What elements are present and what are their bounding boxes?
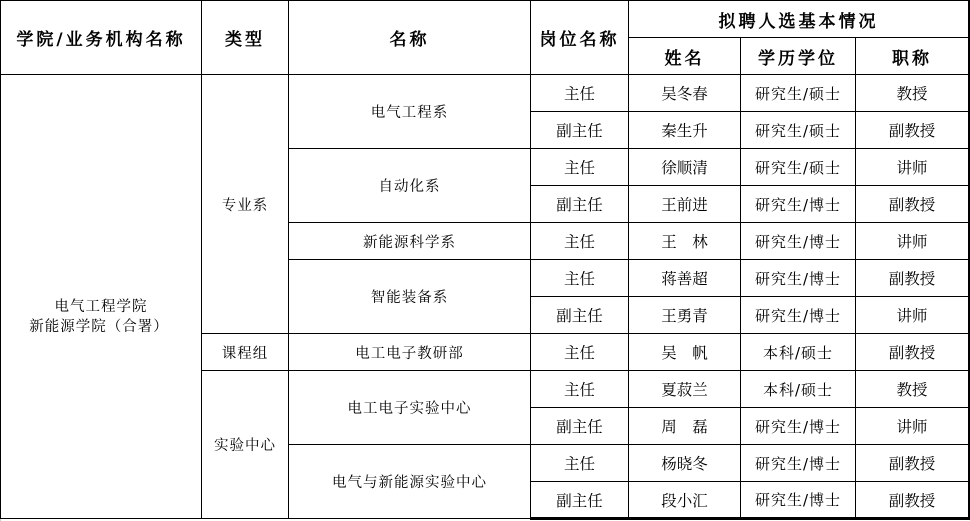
- title-cell: 副教授: [856, 334, 970, 371]
- title-cell: 副教授: [856, 112, 970, 149]
- type-cell-course: 课程组: [202, 334, 289, 371]
- title-cell: 副教授: [856, 186, 970, 223]
- college-name-line2: 新能源学院（合署）: [1, 317, 202, 337]
- education-cell: 研究生/硕士: [741, 75, 856, 112]
- header-education: 学历学位: [741, 38, 856, 75]
- unit-cell-ee: 电气工程系: [289, 75, 531, 149]
- unit-cell-automation: 自动化系: [289, 149, 531, 223]
- unit-cell-electrical-teaching: 电工电子教研部: [289, 334, 531, 371]
- candidate-name-cell: 杨晓冬: [629, 445, 741, 482]
- position-cell: 副主任: [531, 297, 629, 334]
- title-cell: 教授: [856, 371, 970, 408]
- header-college: 学院/业务机构名称: [1, 1, 202, 75]
- position-cell: 主任: [531, 334, 629, 371]
- unit-cell-smart-equipment: 智能装备系: [289, 260, 531, 334]
- candidate-name-cell: 秦生升: [629, 112, 741, 149]
- education-cell: 研究生/博士: [741, 408, 856, 445]
- header-candidate-group: 拟聘人选基本情况: [629, 1, 970, 38]
- header-title: 职称: [856, 38, 970, 75]
- education-cell: 研究生/博士: [741, 445, 856, 482]
- header-candidate-name: 姓名: [629, 38, 741, 75]
- position-cell: 主任: [531, 445, 629, 482]
- education-cell: 研究生/博士: [741, 297, 856, 334]
- candidate-name-cell: 王前进: [629, 186, 741, 223]
- candidate-name-cell: 王 林: [629, 223, 741, 260]
- position-cell: 副主任: [531, 408, 629, 445]
- education-cell: 本科/硕士: [741, 371, 856, 408]
- table-row: 电气工程学院 新能源学院（合署） 专业系 电气工程系 主任 吴冬春 研究生/硕士…: [1, 75, 970, 112]
- education-cell: 本科/硕士: [741, 334, 856, 371]
- position-cell: 副主任: [531, 112, 629, 149]
- position-cell: 主任: [531, 260, 629, 297]
- candidate-name-cell: 王勇青: [629, 297, 741, 334]
- type-cell-major: 专业系: [202, 75, 289, 334]
- title-cell: 讲师: [856, 223, 970, 260]
- header-position: 岗位名称: [531, 1, 629, 75]
- position-cell: 副主任: [531, 482, 629, 519]
- education-cell: 研究生/博士: [741, 223, 856, 260]
- title-cell: 副教授: [856, 445, 970, 482]
- education-cell: 研究生/博士: [741, 482, 856, 519]
- unit-cell-new-energy-lab: 电气与新能源实验中心: [289, 445, 531, 519]
- position-cell: 主任: [531, 75, 629, 112]
- title-cell: 副教授: [856, 482, 970, 519]
- education-cell: 研究生/博士: [741, 260, 856, 297]
- appointment-table: 学院/业务机构名称 类型 名称 岗位名称 拟聘人选基本情况 姓名 学历学位 职称…: [0, 0, 970, 520]
- title-cell: 副教授: [856, 260, 970, 297]
- education-cell: 研究生/硕士: [741, 112, 856, 149]
- header-type: 类型: [202, 1, 289, 75]
- header-row-1: 学院/业务机构名称 类型 名称 岗位名称 拟聘人选基本情况: [1, 1, 970, 38]
- candidate-name-cell: 段小汇: [629, 482, 741, 519]
- position-cell: 副主任: [531, 186, 629, 223]
- title-cell: 讲师: [856, 297, 970, 334]
- candidate-name-cell: 周 磊: [629, 408, 741, 445]
- position-cell: 主任: [531, 371, 629, 408]
- unit-cell-electrical-lab: 电工电子实验中心: [289, 371, 531, 445]
- type-cell-lab: 实验中心: [202, 371, 289, 519]
- title-cell: 讲师: [856, 149, 970, 186]
- unit-cell-new-energy-science: 新能源科学系: [289, 223, 531, 260]
- college-cell: 电气工程学院 新能源学院（合署）: [1, 75, 202, 519]
- title-cell: 教授: [856, 75, 970, 112]
- college-name-line1: 电气工程学院: [1, 297, 201, 317]
- title-cell: 讲师: [856, 408, 970, 445]
- candidate-name-cell: 吴冬春: [629, 75, 741, 112]
- candidate-name-cell: 吴 帆: [629, 334, 741, 371]
- header-name: 名称: [289, 1, 531, 75]
- candidate-name-cell: 徐顺清: [629, 149, 741, 186]
- education-cell: 研究生/硕士: [741, 149, 856, 186]
- candidate-name-cell: 夏菽兰: [629, 371, 741, 408]
- position-cell: 主任: [531, 223, 629, 260]
- position-cell: 主任: [531, 149, 629, 186]
- education-cell: 研究生/博士: [741, 186, 856, 223]
- candidate-name-cell: 蒋善超: [629, 260, 741, 297]
